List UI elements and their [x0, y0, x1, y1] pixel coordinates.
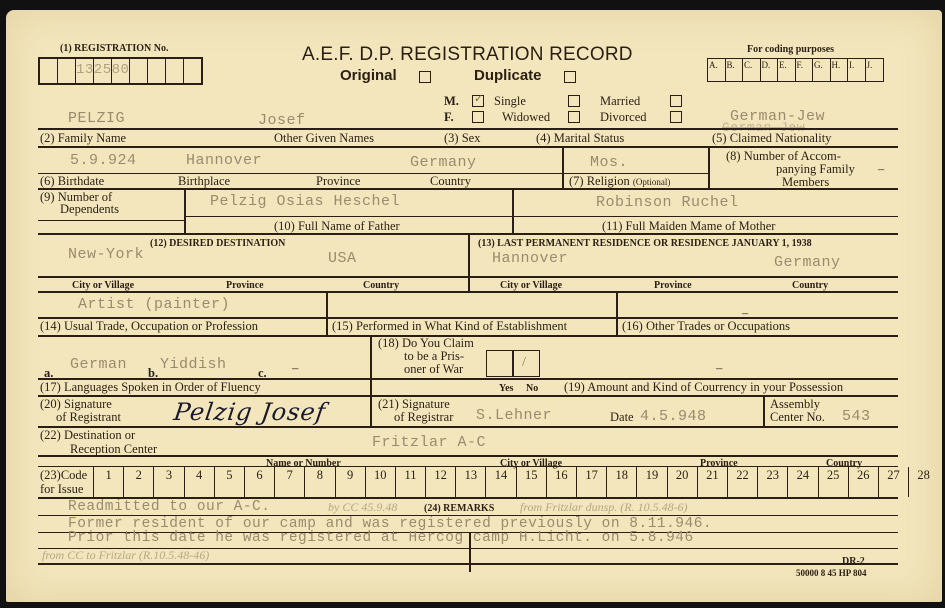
- divider: [38, 188, 898, 190]
- print-code: 50000 8 45 HP 804: [796, 568, 867, 578]
- dependents-label-2: Dependents: [60, 203, 119, 216]
- issue-cell[interactable]: 28: [909, 467, 938, 497]
- registration-card: (1) REGISTRATION No. 132580 A.E.F. D.P. …: [6, 10, 942, 602]
- father-name-value: Pelzig Osias Heschel: [210, 193, 400, 210]
- divider: [512, 188, 514, 233]
- residence-country-value: Germany: [774, 254, 841, 271]
- trade-value: Artist (painter): [78, 296, 230, 313]
- language-c-value: –: [292, 362, 298, 375]
- divider: [370, 335, 372, 427]
- coding-label: For coding purposes: [747, 43, 834, 56]
- father-label: (10) Full Name of Father: [274, 220, 400, 233]
- date-label: Date: [610, 411, 634, 424]
- pow-yes-box[interactable]: [486, 350, 513, 377]
- divider: [38, 395, 898, 397]
- marital-widowed-checkbox[interactable]: [568, 111, 580, 123]
- remarks-handwritten-right: from Fritzlar dunsp. (R. 10.5.48-6): [520, 500, 688, 515]
- duplicate-checkbox[interactable]: [564, 71, 576, 83]
- issue-cell[interactable]: 24: [788, 467, 818, 497]
- marital-married-label: Married: [600, 95, 640, 108]
- divider: [38, 455, 898, 457]
- divider: [38, 291, 898, 293]
- family-name-label: (2) Family Name: [40, 132, 126, 145]
- divider: [562, 146, 564, 190]
- issue-cell[interactable]: 19: [637, 467, 667, 497]
- sex-label: (3) Sex: [444, 132, 480, 145]
- given-names-label: Other Given Names: [274, 132, 374, 145]
- language-b-value: Yiddish: [160, 356, 227, 373]
- issue-cell[interactable]: 4: [185, 467, 215, 497]
- issue-cell[interactable]: 6: [245, 467, 275, 497]
- destination-country-value: USA: [328, 250, 357, 267]
- remarks-label: (24) REMARKS: [424, 502, 494, 515]
- divider: [708, 146, 710, 190]
- sex-m-checkbox[interactable]: ✓: [472, 95, 484, 107]
- issue-code-label-2: for Issue: [40, 483, 83, 496]
- divider: [616, 291, 618, 335]
- trade-label: (14) Usual Trade, Occupation or Professi…: [40, 320, 258, 333]
- issue-cell[interactable]: 22: [728, 467, 758, 497]
- other-trades-label: (16) Other Trades or Occupations: [622, 320, 790, 333]
- currency-label: (19) Amount and Kind of Courrency in you…: [564, 381, 843, 394]
- remarks-handwritten-1: by CC 45.9.48: [328, 500, 397, 515]
- marital-divorced-checkbox[interactable]: [670, 111, 682, 123]
- original-label: Original: [340, 67, 397, 84]
- coding-cells: A. B. C. D. E. F. G. H. I. J.: [707, 58, 884, 82]
- issue-cell[interactable]: 20: [668, 467, 698, 497]
- sex-f-checkbox[interactable]: [472, 111, 484, 123]
- pow-yes-label: Yes: [499, 382, 513, 395]
- issue-cell[interactable]: 5: [215, 467, 245, 497]
- issue-cell[interactable]: 7: [275, 467, 305, 497]
- mother-label: (11) Full Maiden Mame of Mother: [602, 220, 775, 233]
- coding-cell: B.: [726, 59, 744, 81]
- original-checkbox[interactable]: [419, 71, 431, 83]
- residence-city-value: Hannover: [492, 250, 568, 267]
- form-code: DR-2: [842, 556, 865, 567]
- issue-cell[interactable]: 10: [366, 467, 396, 497]
- issue-cell[interactable]: 1: [94, 467, 124, 497]
- marital-widowed-label: Widowed: [502, 111, 550, 124]
- duplicate-label: Duplicate: [474, 67, 542, 84]
- check-mark-icon: ✓: [474, 92, 483, 105]
- issue-cell[interactable]: 13: [456, 467, 486, 497]
- marital-status-label: (4) Marital Status: [536, 132, 624, 145]
- issue-cell[interactable]: 3: [154, 467, 184, 497]
- religion-label: (7) Religion (Optional): [569, 175, 670, 189]
- divider: [38, 426, 898, 428]
- family-name-value: PELZIG: [68, 110, 125, 127]
- coding-cell: C.: [743, 59, 761, 81]
- birth-country-value: Germany: [410, 154, 477, 171]
- issue-cell[interactable]: 25: [819, 467, 849, 497]
- registration-number: 132580: [76, 62, 129, 78]
- family-members-value: –: [878, 163, 884, 176]
- nationality-label: (5) Claimed Nationality: [712, 132, 831, 145]
- assembly-label-2: Center No.: [770, 411, 825, 424]
- form-title: A.E.F. D.P. REGISTRATION RECORD: [302, 44, 633, 66]
- divider: [763, 395, 765, 427]
- slash-mark-icon: /: [522, 355, 526, 371]
- divider: [468, 233, 470, 291]
- issue-cell[interactable]: 26: [849, 467, 879, 497]
- birthdate-label: (6) Birthdate: [40, 175, 104, 188]
- divider: [38, 276, 898, 278]
- issue-cell[interactable]: 18: [607, 467, 637, 497]
- birth-country-label: Country: [430, 175, 471, 188]
- issue-cell[interactable]: 2: [124, 467, 154, 497]
- divider: [38, 563, 898, 565]
- given-names-value: Josef: [258, 112, 306, 129]
- registrar-name-value: S.Lehner: [476, 407, 552, 424]
- issue-cell[interactable]: 14: [486, 467, 516, 497]
- languages-label: (17) Languages Spoken in Order of Fluenc…: [40, 381, 261, 394]
- registrar-signature-label-2: of Registrar: [394, 411, 453, 424]
- divider: [326, 291, 328, 335]
- registrant-signature: Pelzig Josef: [172, 398, 328, 426]
- birthdate-value: 5.9.924: [70, 152, 137, 169]
- registration-label: (1) REGISTRATION No.: [60, 42, 168, 55]
- issue-cell[interactable]: 23: [758, 467, 788, 497]
- issue-cell[interactable]: 9: [336, 467, 366, 497]
- issue-code-label-1: (23)Code: [40, 469, 87, 482]
- marital-divorced-label: Divorced: [600, 111, 647, 124]
- issue-cell[interactable]: 27: [879, 467, 909, 497]
- pow-label-3: oner of War: [404, 363, 463, 376]
- birthplace-value: Hannover: [186, 152, 262, 169]
- issue-cell[interactable]: 15: [517, 467, 547, 497]
- remarks-handwritten-4: from CC to Fritzlar (R.10.5.48-46): [42, 548, 209, 563]
- coding-cell: I.: [848, 59, 866, 81]
- issue-cell[interactable]: 12: [426, 467, 456, 497]
- sex-m-label: M.: [444, 95, 459, 108]
- divider: [38, 128, 898, 130]
- coding-cell: H.: [831, 59, 849, 81]
- destination-label: (12) DESIRED DESTINATION: [150, 237, 285, 250]
- birthplace-label: Birthplace: [178, 175, 230, 188]
- coding-cell: F.: [796, 59, 814, 81]
- date-value: 4.5.948: [640, 408, 707, 425]
- issue-cell[interactable]: 11: [396, 467, 426, 497]
- sex-f-label: F.: [444, 111, 454, 124]
- issue-cell[interactable]: 8: [305, 467, 335, 497]
- issue-code-cells: 1 2 3 4 5 6 7 8 9 10 11 12 13 14 15 16 1…: [94, 467, 938, 497]
- registrant-signature-label-2: of Registrant: [56, 411, 121, 424]
- remarks-line-1: Readmitted to our A-C.: [68, 499, 270, 515]
- issue-cell[interactable]: 17: [577, 467, 607, 497]
- coding-cell: J.: [866, 59, 884, 81]
- coding-cell: G.: [813, 59, 831, 81]
- assembly-number-value: 543: [842, 408, 871, 425]
- residence-label: (13) LAST PERMANENT RESIDENCE OR RESIDEN…: [478, 237, 812, 250]
- coding-cell: D.: [761, 59, 779, 81]
- divider: [184, 188, 186, 233]
- divider: [38, 146, 898, 148]
- marital-married-checkbox[interactable]: [670, 95, 682, 107]
- reception-center-value: Fritzlar A-C: [372, 434, 486, 451]
- divider: [184, 216, 898, 217]
- establishment-label: (15) Performed in What Kind of Establish…: [332, 320, 567, 333]
- mother-name-value: Robinson Ruchel: [596, 194, 739, 211]
- pow-no-box[interactable]: /: [513, 350, 540, 377]
- marital-single-checkbox[interactable]: [568, 95, 580, 107]
- destination-city-value: New-York: [68, 246, 144, 263]
- birth-province-label: Province: [316, 175, 360, 188]
- language-a-value: German: [70, 356, 127, 373]
- pow-no-label: No: [526, 382, 538, 395]
- currency-value: –: [716, 362, 722, 375]
- remarks-line-3: Prior this date he was registered at Her…: [68, 530, 694, 546]
- coding-cell: E.: [778, 59, 796, 81]
- divider: [38, 220, 184, 221]
- issue-cell[interactable]: 16: [547, 467, 577, 497]
- religion-value: Mos.: [590, 154, 628, 171]
- reception-label-1: (22) Destination or: [40, 429, 135, 442]
- marital-single-label: Single: [494, 95, 526, 108]
- coding-cell: A.: [708, 59, 726, 81]
- issue-cell[interactable]: 21: [698, 467, 728, 497]
- divider: [469, 532, 471, 572]
